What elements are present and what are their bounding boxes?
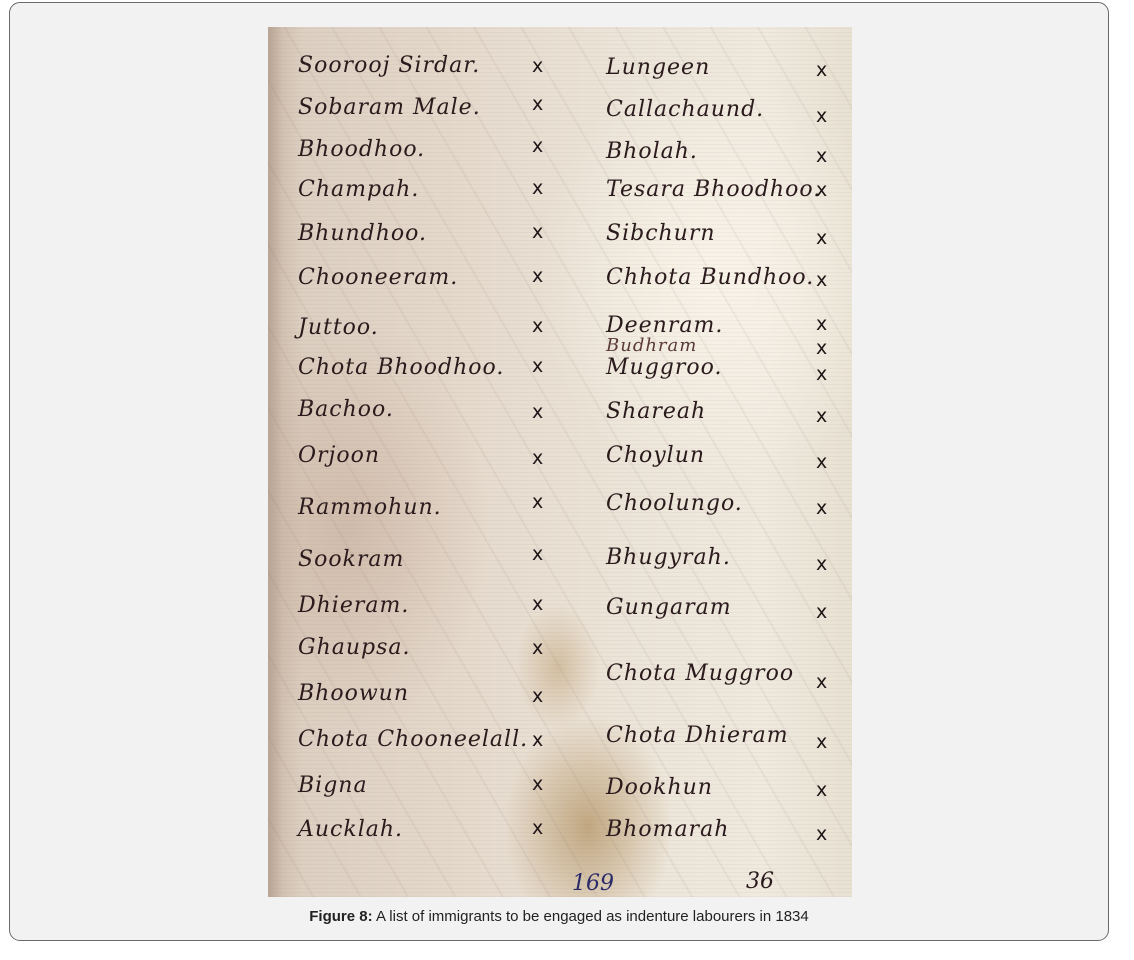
cross-mark: x <box>532 449 543 468</box>
cross-mark: x <box>816 781 827 800</box>
name-entry: Muggroo. <box>606 357 722 379</box>
name-entry: Bhugyrah. <box>606 547 731 569</box>
cross-mark: x <box>816 555 827 574</box>
name-entry: Shareah <box>606 401 706 423</box>
cross-mark: x <box>816 181 827 200</box>
manuscript-image: Soorooj Sirdar.Sobaram Male.Bhoodhoo.Cha… <box>268 27 852 897</box>
cross-mark: x <box>816 147 827 166</box>
name-entry: Dhieram. <box>298 595 409 617</box>
name-entry: Lungeen <box>606 57 710 79</box>
name-entry: Bholah. <box>606 141 698 163</box>
name-entry: Sookram <box>298 549 404 571</box>
cross-mark: x <box>532 317 543 336</box>
cross-mark: x <box>816 339 827 358</box>
name-entry: Soorooj Sirdar. <box>298 55 480 77</box>
name-entry: Dookhun <box>606 777 713 799</box>
cross-mark: x <box>532 545 543 564</box>
name-entry: Bhomarah <box>606 819 729 841</box>
name-entry: Rammohun. <box>298 497 442 519</box>
name-entry: Callachaund. <box>606 99 764 121</box>
cross-mark: x <box>816 315 827 334</box>
cross-mark: x <box>816 407 827 426</box>
name-entry: Aucklah. <box>298 819 403 841</box>
name-entry: Bhoowun <box>298 683 409 705</box>
cross-mark: x <box>816 603 827 622</box>
cross-mark: x <box>532 639 543 658</box>
cross-mark: x <box>532 357 543 376</box>
name-entry: Orjoon <box>298 445 380 467</box>
name-entry: Chota Chooneelall. <box>298 729 528 751</box>
page-number-left: 169 <box>572 873 614 895</box>
figure-caption-text: A list of immigrants to be engaged as in… <box>373 908 809 925</box>
name-entry: Gungaram <box>606 597 732 619</box>
name-entry: Bigna <box>298 775 368 797</box>
name-entry: Chota Bhoodhoo. <box>298 357 504 379</box>
cross-mark: x <box>532 95 543 114</box>
name-entry: Ghaupsa. <box>298 637 411 659</box>
name-entry: Chota Muggroo <box>606 663 794 685</box>
name-entry: Champah. <box>298 179 419 201</box>
cross-mark: x <box>532 595 543 614</box>
name-entry: Chota Dhieram <box>606 725 789 747</box>
paper-edge <box>268 27 282 897</box>
cross-mark: x <box>532 687 543 706</box>
cross-mark: x <box>532 137 543 156</box>
cross-mark: x <box>532 493 543 512</box>
name-entry: Choolungo. <box>606 493 743 515</box>
cross-mark: x <box>816 229 827 248</box>
name-entry: Deenram. <box>606 315 723 337</box>
cross-mark: x <box>532 267 543 286</box>
cross-mark: x <box>816 499 827 518</box>
cross-mark: x <box>816 271 827 290</box>
name-entry: Budhram <box>606 337 697 355</box>
name-entry: Sibchurn <box>606 223 716 245</box>
cross-mark: x <box>816 107 827 126</box>
cross-mark: x <box>532 731 543 750</box>
cross-mark: x <box>816 453 827 472</box>
cross-mark: x <box>532 403 543 422</box>
name-entry: Choylun <box>606 445 705 467</box>
figure-label: Figure 8: <box>309 908 372 925</box>
cross-mark: x <box>816 673 827 692</box>
cross-mark: x <box>816 733 827 752</box>
cross-mark: x <box>532 57 543 76</box>
name-entry: Bhoodhoo. <box>298 139 425 161</box>
name-entry: Chooneeram. <box>298 267 458 289</box>
cross-mark: x <box>532 775 543 794</box>
name-entry: Tesara Bhoodhoo. <box>606 179 821 201</box>
cross-mark: x <box>816 825 827 844</box>
cross-mark: x <box>532 179 543 198</box>
cross-mark: x <box>532 223 543 242</box>
name-entry: Bachoo. <box>298 399 394 421</box>
cross-mark: x <box>532 819 543 838</box>
name-entry: Sobaram Male. <box>298 97 481 119</box>
name-entry: Juttoo. <box>298 317 379 339</box>
page-number-right: 36 <box>746 871 774 893</box>
figure-caption: Figure 8: A list of immigrants to be eng… <box>9 908 1109 925</box>
cross-mark: x <box>816 365 827 384</box>
name-entry: Bhundhoo. <box>298 223 427 245</box>
name-entry: Chhota Bundhoo. <box>606 267 814 289</box>
cross-mark: x <box>816 61 827 80</box>
